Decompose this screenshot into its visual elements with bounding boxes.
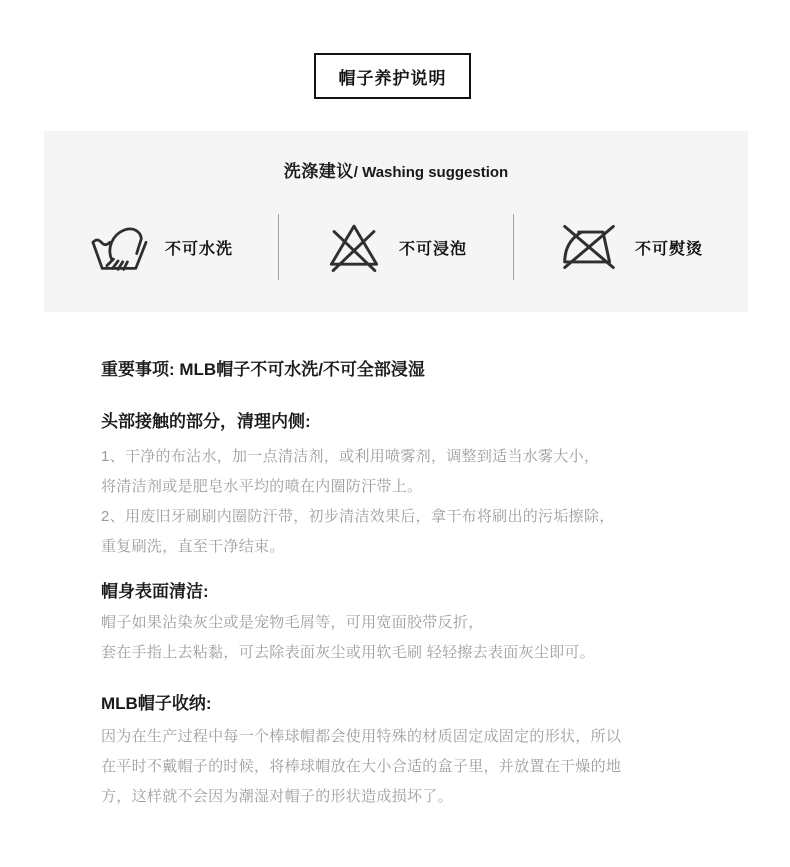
important-note-heading: 重要事项: MLB帽子不可水洗/不可全部浸湿 bbox=[101, 360, 701, 380]
inner-clean-text: 1、干净的布沾水，加一点清洁剂，或利用喷雾剂，调整到适当水雾大小， 将清洁剂或是… bbox=[101, 442, 701, 562]
storage-heading: MLB帽子收纳: bbox=[101, 694, 701, 714]
wash-item-no-iron: 不可熨烫 bbox=[514, 219, 748, 275]
inner-clean-heading: 头部接触的部分，清理内侧: bbox=[101, 412, 701, 432]
surface-clean-heading: 帽身表面清洁: bbox=[101, 582, 701, 602]
wash-item-no-soak: 不可浸泡 bbox=[279, 219, 513, 275]
wash-item-label: 不可水洗 bbox=[165, 236, 233, 259]
washing-heading: 洗涤建议/ Washing suggestion bbox=[44, 157, 748, 182]
no-iron-icon bbox=[559, 219, 619, 275]
storage-text: 因为在生产过程中每一个棒球帽都会使用特殊的材质固定成固定的形状，所以 在平时不戴… bbox=[101, 722, 701, 812]
care-content: 重要事项: MLB帽子不可水洗/不可全部浸湿 头部接触的部分，清理内侧: 1、干… bbox=[101, 360, 701, 812]
no-soak-icon bbox=[325, 219, 383, 275]
wash-item-no-hand-wash: 不可水洗 bbox=[44, 220, 278, 274]
care-title-box: 帽子养护说明 bbox=[314, 53, 471, 99]
surface-clean-text: 帽子如果沾染灰尘或是宠物毛屑等，可用宽面胶带反折， 套在手指上去粘黏，可去除表面… bbox=[101, 608, 701, 668]
washing-symbols-row: 不可水洗 不可浸泡 bbox=[44, 204, 748, 290]
washing-heading-en: / Washing suggestion bbox=[354, 164, 508, 181]
wash-item-label: 不可浸泡 bbox=[399, 236, 467, 259]
no-hand-wash-icon bbox=[89, 220, 149, 274]
washing-suggestion-panel: 洗涤建议/ Washing suggestion 不可水洗 bbox=[44, 131, 748, 312]
hat-care-page: 帽子养护说明 洗涤建议/ Washing suggestion 不可水洗 bbox=[0, 0, 790, 867]
page-title: 帽子养护说明 bbox=[339, 64, 447, 89]
wash-item-label: 不可熨烫 bbox=[635, 236, 703, 259]
washing-heading-zh: 洗涤建议 bbox=[284, 162, 354, 181]
